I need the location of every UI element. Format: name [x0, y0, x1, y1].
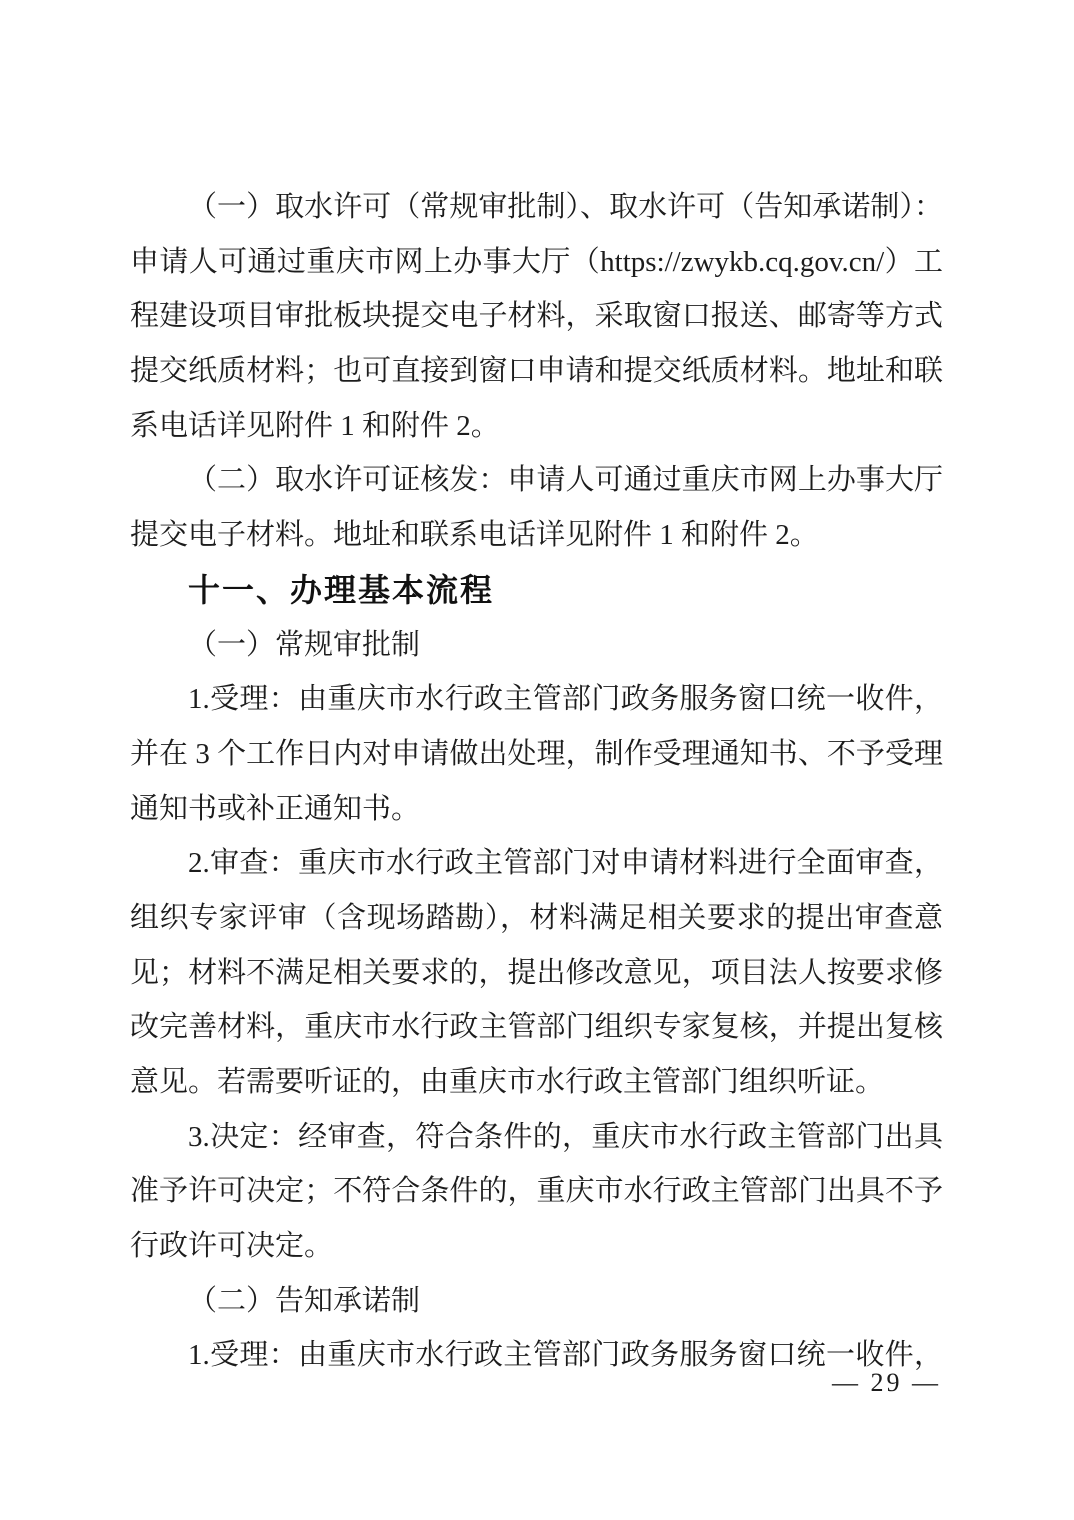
- section-eleven: 十一、办理基本流程: [130, 563, 943, 618]
- doc-line: 意见。若需要听证的，由重庆市水行政主管部门组织听证。: [130, 1055, 943, 1110]
- doc-line: 程建设项目审批板块提交电子材料，采取窗口报送、邮寄等方式: [130, 289, 943, 344]
- document-body: （一）取水许可（常规审批制）、取水许可（告知承诺制）： 申请人可通过重庆市网上办…: [130, 180, 943, 1383]
- doc-line: 1.受理：由重庆市水行政主管部门政务服务窗口统一收件，: [130, 1328, 943, 1383]
- doc-line: 准予许可决定；不符合条件的，重庆市水行政主管部门出具不予: [130, 1164, 943, 1219]
- doc-line: 提交纸质材料；也可直接到窗口申请和提交纸质材料。地址和联: [130, 344, 943, 399]
- doc-line: 见；材料不满足相关要求的，提出修改意见，项目法人按要求修: [130, 946, 943, 1001]
- doc-line: 申请人可通过重庆市网上办事大厅（https://zwykb.cq.gov.cn/…: [130, 235, 943, 290]
- doc-line: 提交电子材料。地址和联系电话详见附件 1 和附件 2。: [130, 508, 943, 563]
- paragraph-regular-step2-review: 2.审查：重庆市水行政主管部门对申请材料进行全面审查， 组织专家评审（含现场踏勘…: [130, 836, 943, 1109]
- doc-line: 系电话详见附件 1 和附件 2。: [130, 399, 943, 454]
- paragraph-regular-step3-decision: 3.决定：经审查，符合条件的，重庆市水行政主管部门出具 准予许可决定；不符合条件…: [130, 1110, 943, 1274]
- paragraph-application-channels: （一）取水许可（常规审批制）、取水许可（告知承诺制）： 申请人可通过重庆市网上办…: [130, 180, 943, 453]
- doc-line: 1.受理：由重庆市水行政主管部门政务服务窗口统一收件，: [130, 672, 943, 727]
- doc-line: 通知书或补正通知书。: [130, 782, 943, 837]
- doc-line: 3.决定：经审查，符合条件的，重庆市水行政主管部门出具: [130, 1110, 943, 1165]
- document-page: （一）取水许可（常规审批制）、取水许可（告知承诺制）： 申请人可通过重庆市网上办…: [0, 0, 1074, 1520]
- doc-line: （一）常规审批制: [130, 618, 943, 673]
- doc-line: 并在 3 个工作日内对申请做出处理，制作受理通知书、不予受理: [130, 727, 943, 782]
- paragraph-commitment-step1-acceptance: 1.受理：由重庆市水行政主管部门政务服务窗口统一收件，: [130, 1328, 943, 1383]
- doc-line: 2.审查：重庆市水行政主管部门对申请材料进行全面审查，: [130, 836, 943, 891]
- paragraph-regular-approval-title: （一）常规审批制: [130, 618, 943, 673]
- doc-line: （一）取水许可（常规审批制）、取水许可（告知承诺制）：: [130, 180, 943, 235]
- paragraph-regular-step1-acceptance: 1.受理：由重庆市水行政主管部门政务服务窗口统一收件， 并在 3 个工作日内对申…: [130, 672, 943, 836]
- doc-line: （二）告知承诺制: [130, 1274, 943, 1329]
- doc-line: 组织专家评审（含现场踏勘），材料满足相关要求的提出审查意: [130, 891, 943, 946]
- page-number: — 29 —: [832, 1368, 941, 1398]
- doc-line: （二）取水许可证核发：申请人可通过重庆市网上办事大厅: [130, 453, 943, 508]
- doc-line: 改完善材料，重庆市水行政主管部门组织专家复核，并提出复核: [130, 1000, 943, 1055]
- doc-line: 行政许可决定。: [130, 1219, 943, 1274]
- paragraph-certificate-issuance: （二）取水许可证核发：申请人可通过重庆市网上办事大厅 提交电子材料。地址和联系电…: [130, 453, 943, 562]
- section-heading: 十一、办理基本流程: [130, 563, 943, 618]
- paragraph-commitment-title: （二）告知承诺制: [130, 1274, 943, 1329]
